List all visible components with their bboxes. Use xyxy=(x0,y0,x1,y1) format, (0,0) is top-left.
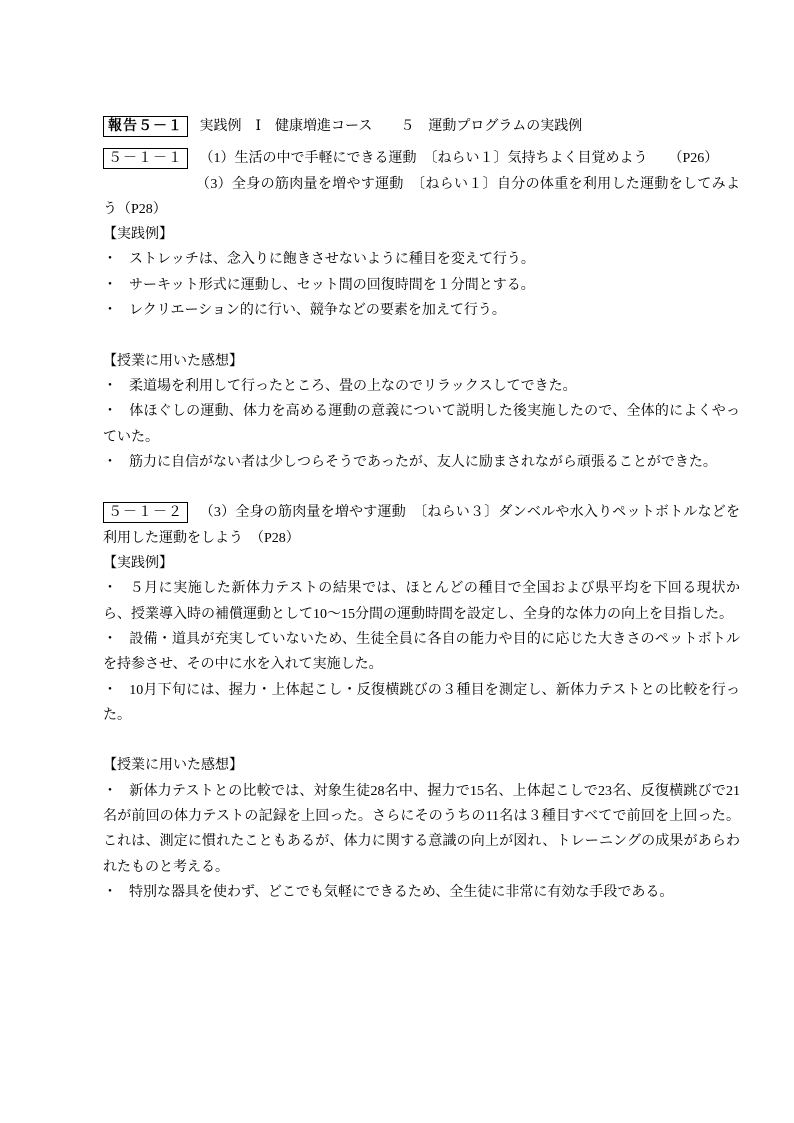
bullet-text: サーキット形式に運動し、セット間の回復時間を１分間とする。 xyxy=(129,278,535,293)
bullet-dot: ・ xyxy=(103,885,117,900)
list-item: ・新体力テストとの比較では、対象生徒28名中、握力で15名、上体起こしで23名、… xyxy=(103,779,740,880)
bullet-text: 設備・道具が充実していないため、生徒全員に各自の能力や目的に応じた大きさのペット… xyxy=(103,632,740,672)
bullet-dot: ・ xyxy=(103,404,117,419)
document-content: 報告５－１ 実践例 Ⅰ 健康増進コース ５ 運動プログラムの実践例 ５－１－１ … xyxy=(103,114,740,905)
list-item: ・体ほぐしの運動、体力を高める運動の意義について説明した後実施したので、全体的に… xyxy=(103,399,740,450)
section1-heading-line2: （3）全身の筋肉量を増やす運動 〔ねらい１〕自分の体重を利用した運動をしてみよう… xyxy=(103,172,740,223)
bullet-text: 新体力テストとの比較では、対象生徒28名中、握力で15名、上体起こしで23名、反… xyxy=(103,784,740,875)
section1-heading-text: （1）生活の中で手軽にできる運動 〔ねらい１〕気持ちよく目覚めよう （P26） xyxy=(200,151,719,166)
bullet-text: 体ほぐしの運動、体力を高める運動の意義について説明した後実施したので、全体的によ… xyxy=(103,404,740,444)
bullet-text: 柔道場を利用して行ったところ、畳の上なのでリラックスしてできた。 xyxy=(129,379,577,394)
list-item: ・筋力に自信がない者は少しつらそうであったが、友人に励まされながら頑張ることがで… xyxy=(103,450,740,475)
report-header-line: 報告５－１ 実践例 Ⅰ 健康増進コース ５ 運動プログラムの実践例 xyxy=(103,114,740,139)
bullet-text: レクリエーション的に行い、競争などの要素を加えて行う。 xyxy=(129,303,506,318)
report-title: 実践例 Ⅰ 健康増進コース ５ 運動プログラムの実践例 xyxy=(200,119,583,134)
list-item: ・ストレッチは、念入りに飽きさせないように種目を変えて行う。 xyxy=(103,247,740,272)
bullet-text: 筋力に自信がない者は少しつらそうであったが、友人に励まされながら頑張ることができ… xyxy=(129,455,717,470)
section2-number-box: ５－１－２ xyxy=(103,502,188,523)
list-item: ・５月に実施した新体力テストの結果では、ほとんどの種目で全国および県平均を下回る… xyxy=(103,576,740,627)
list-item: ・サーキット形式に運動し、セット間の回復時間を１分間とする。 xyxy=(103,273,740,298)
bullet-dot: ・ xyxy=(103,784,117,799)
bullet-text: ストレッチは、念入りに飽きさせないように種目を変えて行う。 xyxy=(129,252,535,267)
list-item: ・10月下旬には、握力・上体起こし・反復横跳びの３種目を測定し、新体力テストとの… xyxy=(103,678,740,729)
section2-heading-text: （3）全身の筋肉量を増やす運動 〔ねらい３〕ダンベルや水入りペットボトルなどを利… xyxy=(103,505,740,545)
list-item: ・設備・道具が充実していないため、生徒全員に各自の能力や目的に応じた大きさのペッ… xyxy=(103,627,740,678)
list-item: ・レクリエーション的に行い、競争などの要素を加えて行う。 xyxy=(103,298,740,323)
section2-practice-heading: 【実践例】 xyxy=(103,551,740,576)
bullet-dot: ・ xyxy=(103,581,118,596)
bullet-dot: ・ xyxy=(103,683,117,698)
bullet-dot: ・ xyxy=(103,455,117,470)
list-item: ・特別な器具を使わず、どこでも気軽にできるため、全生徒に非常に有効な手段である。 xyxy=(103,880,740,905)
section1-feedback-heading: 【授業に用いた感想】 xyxy=(103,349,740,374)
bullet-dot: ・ xyxy=(103,252,117,267)
list-item: ・柔道場を利用して行ったところ、畳の上なのでリラックスしてできた。 xyxy=(103,374,740,399)
bullet-text: ５月に実施した新体力テストの結果では、ほとんどの種目で全国および県平均を下回る現… xyxy=(103,581,740,621)
bullet-text: 特別な器具を使わず、どこでも気軽にできるため、全生徒に非常に有効な手段である。 xyxy=(129,885,673,900)
document-page: 報告５－１ 実践例 Ⅰ 健康増進コース ５ 運動プログラムの実践例 ５－１－１ … xyxy=(0,0,794,1123)
report-number-box: 報告５－１ xyxy=(103,116,188,137)
bullet-text: 10月下旬には、握力・上体起こし・反復横跳びの３種目を測定し、新体力テストとの比… xyxy=(103,683,740,723)
section1-practice-heading: 【実践例】 xyxy=(103,222,740,247)
bullet-dot: ・ xyxy=(103,632,117,647)
section2-heading-line: ５－１－２ （3）全身の筋肉量を増やす運動 〔ねらい３〕ダンベルや水入りペットボ… xyxy=(103,500,740,551)
bullet-dot: ・ xyxy=(103,278,117,293)
section2-feedback-heading: 【授業に用いた感想】 xyxy=(103,753,740,778)
section1-heading-line1: ５－１－１ （1）生活の中で手軽にできる運動 〔ねらい１〕気持ちよく目覚めよう … xyxy=(103,146,740,171)
section1-number-box: ５－１－１ xyxy=(103,148,188,169)
bullet-dot: ・ xyxy=(103,379,117,394)
bullet-dot: ・ xyxy=(103,303,117,318)
